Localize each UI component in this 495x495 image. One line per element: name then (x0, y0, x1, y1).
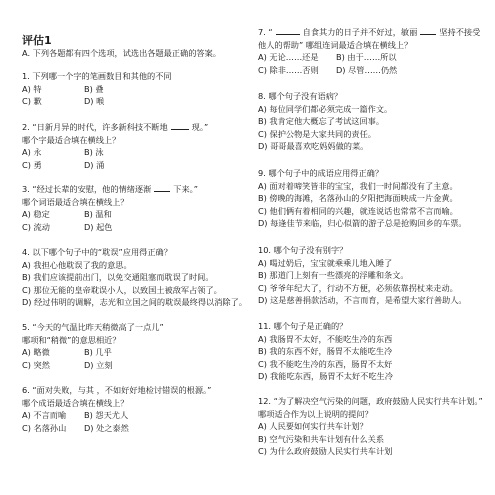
option-d[interactable]: D) 处之泰然 (84, 422, 247, 435)
worksheet-title: 评估1 (22, 32, 52, 48)
question-number: 2. (22, 122, 30, 132)
option-a[interactable]: A) 不言而喻 (22, 409, 84, 422)
option-c[interactable]: C) 保护公物是大家共同的责任。 (258, 128, 490, 141)
option-b[interactable]: B) 我们应该提前出门，以免交通阻塞而耽误了时间。 (22, 271, 247, 284)
option-d[interactable]: D) 喉 (84, 95, 247, 108)
option-c[interactable]: C) 突然 (22, 359, 84, 372)
option-c[interactable]: C) 为什么政府鼓励人民实行共车计划 (258, 445, 490, 458)
option-b[interactable]: B) 那道门上刻有一些漂亮的浮雕和条文。 (258, 269, 490, 282)
option-b[interactable]: B) 泳 (84, 146, 247, 159)
option-a[interactable]: A) 人民要如何实行共车计划？ (258, 420, 490, 433)
option-d[interactable]: D) 每逢佳节来临，归心似箭的游子总是抢购回乡的车票。 (258, 217, 490, 230)
question-9: 9. 哪个句子中的成语应用得正确？ A) 面对着啼笑皆非的宝宝，我们一时间都没有… (258, 167, 490, 230)
question-number: 5. (22, 322, 30, 332)
option-c[interactable]: C) 名落孙山 (22, 422, 84, 435)
option-b[interactable]: B) 温和 (84, 208, 247, 221)
question-stem: 以下哪个句子中的“耽误”应用得正确？ (32, 247, 171, 257)
option-c[interactable]: C) 他们俩有着相同的兴趣，就连说话也常常不言而喻。 (258, 205, 490, 218)
question-stem: 哪个句子是正确的？ (274, 321, 348, 331)
question-number: 4. (22, 247, 30, 257)
question-12: 12. “为了解决空气污染的问题，政府鼓励人民实行共车计划。” 哪项适合作为以上… (258, 395, 490, 458)
question-stem-line2: 他人的帮助” 哪组连词最适合填在横线上？ (258, 39, 490, 52)
option-b[interactable]: B) 我的东西不好，肠胃不太能吃生冷 (258, 345, 490, 358)
option-a[interactable]: A) 略微 (22, 346, 84, 359)
question-stem: “日新月异的时代，许多新科技不断地 (32, 122, 167, 132)
option-d[interactable]: D) 经过伟明的调解，志光和立国之间的耽误最终得以消除了。 (22, 296, 247, 309)
question-number: 1. (22, 71, 30, 81)
option-a[interactable]: A) 我担心他耽误了我的意思。 (22, 259, 247, 272)
question-stem-end: 现。” (192, 122, 209, 132)
question-stem: “今天的气温比昨天稍微高了一点儿” (32, 322, 163, 332)
question-number: 7. (258, 27, 266, 37)
question-prompt: 哪项适合作为以上说明的提问？ (258, 408, 490, 421)
question-stem: 哪个句子没有语病？ (268, 91, 342, 101)
option-b[interactable]: B) 空气污染和共车计划有什么关系 (258, 433, 490, 446)
question-stem-mid: 自食其力的日子并不好过，敏丽 (303, 27, 418, 37)
option-a[interactable]: A) 稳定 (22, 208, 84, 221)
option-c[interactable]: C) 我不能吃生冷的东西，肠胃不太好 (258, 358, 490, 371)
question-number: 8. (258, 91, 266, 101)
question-number: 10. (258, 245, 271, 255)
answer-blank-1 (276, 27, 300, 35)
question-8: 8. 哪个句子没有语病？ A) 每位同学们都必须完成一篇作文。 B) 我肯定他大… (258, 90, 490, 153)
question-stem-end: 下来。” (173, 184, 198, 194)
question-2: 2. “日新月异的时代，许多新科技不断地现。” 哪个字最适合填在横线上？ A) … (22, 121, 247, 171)
option-d[interactable]: D) 涌 (84, 159, 247, 172)
option-b[interactable]: B) 由于……所以 (336, 51, 490, 64)
question-1: 1. 下列哪一个字的笔画数目和其他的不同 A) 特 B) 叠 C) 歉 D) 喉 (22, 70, 247, 108)
option-d[interactable]: D) 尽管……仍然 (336, 64, 490, 77)
option-b[interactable]: B) 怨天尤人 (84, 409, 247, 422)
option-a[interactable]: A) 喝过奶后，宝宝就乘乘儿地入睡了 (258, 257, 490, 270)
question-number: 6. (22, 385, 30, 395)
question-number: 12. (258, 396, 271, 406)
option-a[interactable]: A) 我肠胃不太好，不能吃生冷的东西 (258, 333, 490, 346)
question-prompt: 哪个词语最适合填在横线上？ (22, 196, 247, 209)
option-a[interactable]: A) 每位同学们都必须完成一篇作文。 (258, 103, 490, 116)
question-stem-end: 坚持不接受 (439, 27, 480, 37)
option-b[interactable]: B) 我肯定他大概忘了考试这回事。 (258, 115, 490, 128)
question-stem: 哪个句子中的成语应用得正确？ (268, 168, 383, 178)
question-stem: 哪个句子没有别字？ (274, 245, 348, 255)
question-stem: 下列哪一个字的笔画数目和其他的不同 (32, 71, 171, 81)
option-d[interactable]: D) 这是慈善捐款活动，不言而育，是希望大家行善助人。 (258, 294, 490, 307)
option-a[interactable]: A) 面对着啼笑皆非的宝宝，我们一时间都没有了主意。 (258, 180, 490, 193)
option-a[interactable]: A) 无论……还是 (258, 51, 336, 64)
option-b[interactable]: B) 叠 (84, 83, 247, 96)
option-c[interactable]: C) 爷爷年纪大了，行动不方便，必须依靠拐杖来走动。 (258, 282, 490, 295)
option-d[interactable]: D) 立刻 (84, 359, 247, 372)
option-b[interactable]: B) 傍晚的海滩，名落孙山的夕阳把海面映成一片金黄。 (258, 192, 490, 205)
answer-blank (154, 184, 170, 192)
option-c[interactable]: C) 除非……否则 (258, 64, 336, 77)
question-5: 5. “今天的气温比昨天稍微高了一点儿” 哪项和“稍微”的意思相近？ A) 略微… (22, 321, 247, 371)
question-stem: “面对失败，与其 ，不如好好地检讨错误的根源。” (32, 385, 211, 395)
question-number: 11. (258, 321, 271, 331)
question-number: 3. (22, 184, 30, 194)
question-10: 10. 哪个句子没有别字？ A) 喝过奶后，宝宝就乘乘儿地入睡了 B) 那道门上… (258, 244, 490, 307)
option-b[interactable]: B) 几乎 (84, 346, 247, 359)
question-stem: “为了解决空气污染的问题，政府鼓励人民实行共车计划。” (274, 396, 483, 406)
question-7: 7. “自食其力的日子并不好过，敏丽坚持不接受 他人的帮助” 哪组连词最适合填在… (258, 26, 490, 76)
question-stem: “经过长辈的安慰，他的情绪逐渐 (32, 184, 151, 194)
question-prompt: 哪项和“稍微”的意思相近？ (22, 334, 247, 347)
option-d[interactable]: D) 哥哥最喜欢吃妈妈做的菜。 (258, 140, 490, 153)
question-stem: “ (268, 27, 272, 37)
option-a[interactable]: A) 永 (22, 146, 84, 159)
option-c[interactable]: C) 歉 (22, 95, 84, 108)
option-a[interactable]: A) 特 (22, 83, 84, 96)
question-3: 3. “经过长辈的安慰，他的情绪逐渐下来。” 哪个词语最适合填在横线上？ A) … (22, 183, 247, 233)
question-prompt: 哪个字最适合填在横线上？ (22, 134, 247, 147)
question-11: 11. 哪个句子是正确的？ A) 我肠胃不太好，不能吃生冷的东西 B) 我的东西… (258, 320, 490, 383)
option-c[interactable]: C) 勇 (22, 159, 84, 172)
option-c[interactable]: C) 流动 (22, 221, 84, 234)
question-prompt: 哪个成语最适合填在横线上？ (22, 397, 247, 410)
question-6: 6. “面对失败，与其 ，不如好好地检讨错误的根源。” 哪个成语最适合填在横线上… (22, 384, 247, 434)
option-d[interactable]: D) 我能吃东西，肠胃不太好不吃生冷 (258, 370, 490, 383)
question-number: 9. (258, 168, 266, 178)
question-4: 4. 以下哪个句子中的“耽误”应用得正确？ A) 我担心他耽误了我的意思。 B)… (22, 246, 247, 309)
instruction: A. 下列各题都有四个选项，试选出各题最正确的答案。 (22, 48, 221, 59)
answer-blank (171, 122, 189, 130)
option-d[interactable]: D) 起色 (84, 221, 247, 234)
answer-blank-2 (420, 27, 436, 35)
option-c[interactable]: C) 那位无能的皇帝耽误小人，以致国土被敌军占领了。 (22, 284, 247, 297)
